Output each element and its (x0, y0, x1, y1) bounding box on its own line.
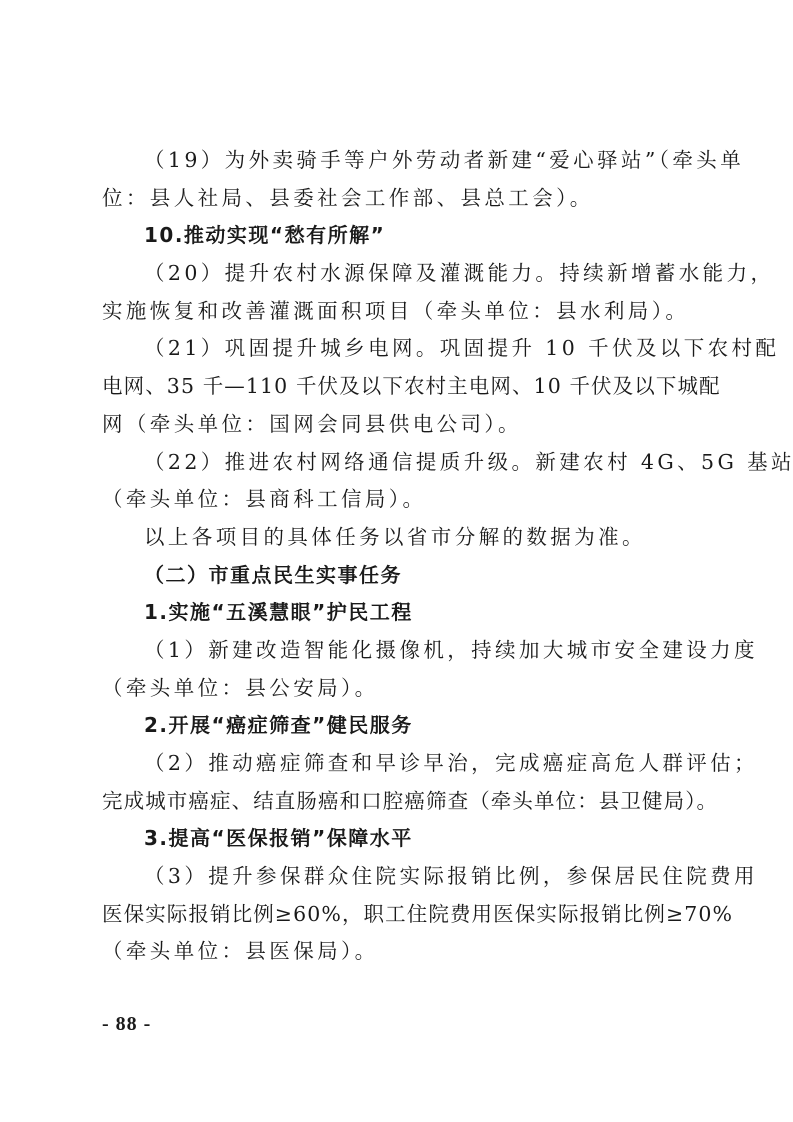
document-body: （19）为外卖骑手等户外劳动者新建“爱心驿站”（牵头单 位：县人社局、县委社会工… (102, 142, 692, 971)
section-heading: （二）市重点民生实事任务 (102, 557, 692, 595)
paragraph-line: （牵头单位：县公安局）。 (102, 670, 692, 708)
paragraph-line: （牵头单位：县医保局）。 (102, 933, 692, 971)
paragraph-line: （20）提升农村水源保障及灌溉能力。持续新增蓄水能力， (102, 255, 692, 293)
paragraph-line: 实施恢复和改善灌溉面积项目（牵头单位：县水利局）。 (102, 293, 692, 331)
paragraph-line: 以上各项目的具体任务以省市分解的数据为准。 (102, 519, 692, 557)
paragraph-line: （22）推进农村网络通信提质升级。新建农村 4G、5G 基站 (102, 444, 692, 482)
paragraph-line: 位：县人社局、县委社会工作部、县总工会）。 (102, 180, 692, 218)
paragraph-line: 医保实际报销比例≥60%，职工住院费用医保实际报销比例≥70% (102, 896, 692, 934)
section-heading: 2.开展“癌症筛查”健民服务 (102, 707, 692, 745)
paragraph-line: （19）为外卖骑手等户外劳动者新建“爱心驿站”（牵头单 (102, 142, 692, 180)
section-heading: 1.实施“五溪慧眼”护民工程 (102, 594, 692, 632)
paragraph-line: （2）推动癌症筛查和早诊早治，完成癌症高危人群评估； (102, 745, 692, 783)
paragraph-line: （牵头单位：县商科工信局）。 (102, 481, 692, 519)
paragraph-line: （21）巩固提升城乡电网。巩固提升 10 千伏及以下农村配 (102, 330, 692, 368)
paragraph-line: （3）提升参保群众住院实际报销比例，参保居民住院费用 (102, 858, 692, 896)
paragraph-line: （1）新建改造智能化摄像机，持续加大城市安全建设力度 (102, 632, 692, 670)
section-heading: 3.提高“医保报销”保障水平 (102, 820, 692, 858)
page-number: - 88 - (102, 1013, 151, 1036)
paragraph-line: 网（牵头单位：国网会同县供电公司）。 (102, 406, 692, 444)
paragraph-line: 完成城市癌症、结直肠癌和口腔癌筛查（牵头单位：县卫健局）。 (102, 783, 692, 821)
section-heading: 10.推动实现“愁有所解” (102, 217, 692, 255)
paragraph-line: 电网、35 千—110 千伏及以下农村主电网、10 千伏及以下城配 (102, 368, 692, 406)
